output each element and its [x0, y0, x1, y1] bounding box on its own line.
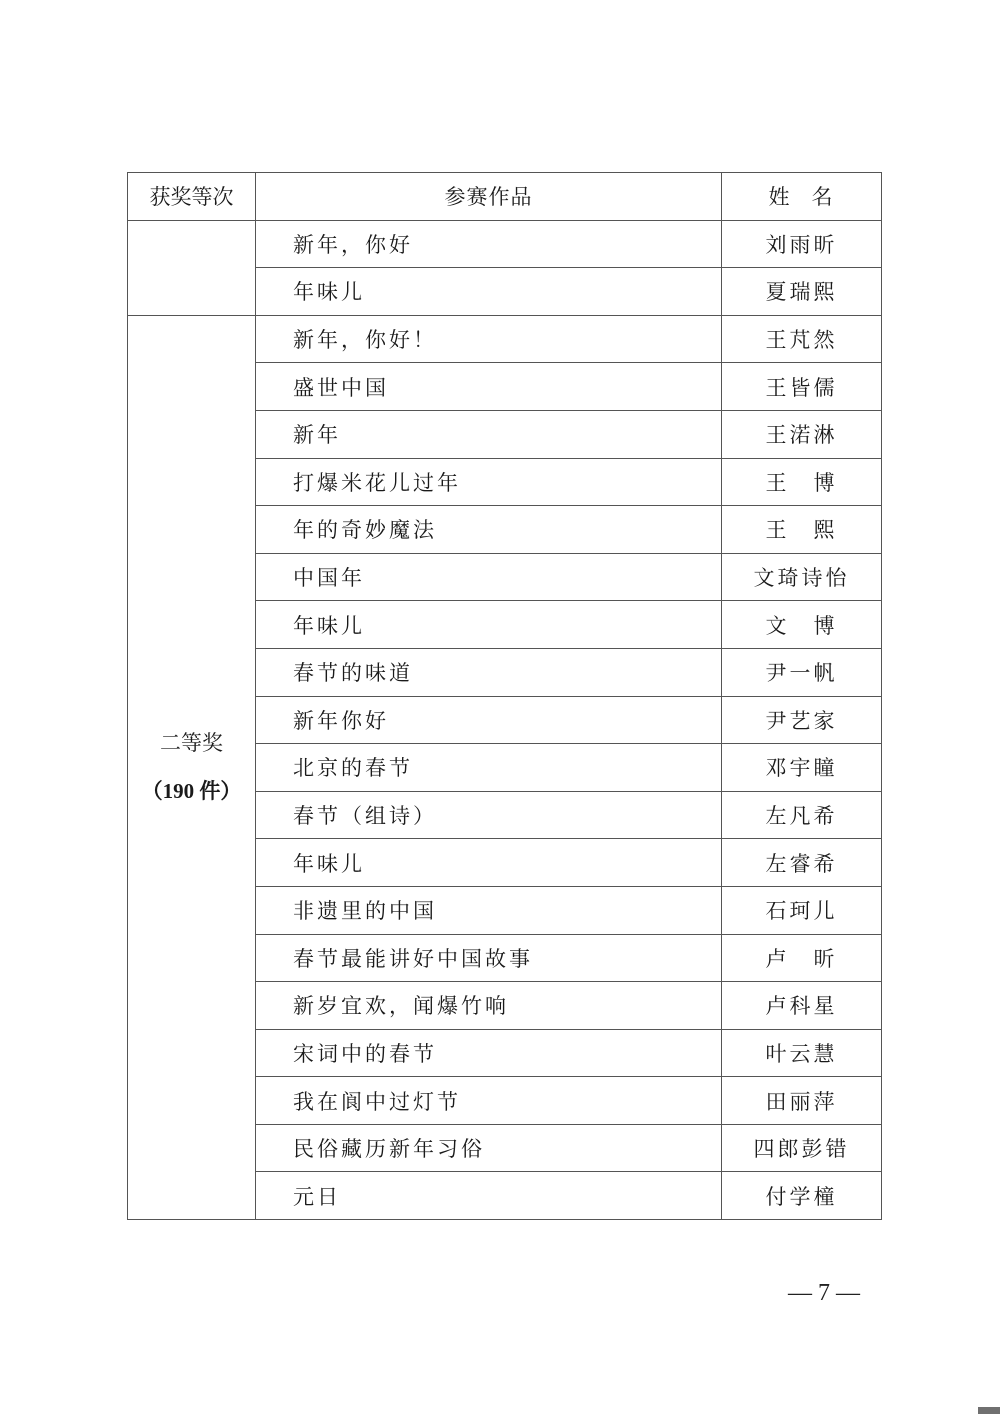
work-cell: 春节最能讲好中国故事 — [256, 934, 722, 982]
work-cell: 非遗里的中国 — [256, 886, 722, 934]
name-cell: 卢 昕 — [722, 934, 882, 982]
awards-table: 获奖等次 参赛作品 姓名 新年，你好 刘雨昕 年味儿 夏瑞熙 二等奖 （190 … — [127, 172, 882, 1220]
work-cell: 新年你好 — [256, 696, 722, 744]
work-cell: 新岁宜欢，闻爆竹响 — [256, 982, 722, 1030]
name-cell: 王 博 — [722, 458, 882, 506]
name-cell: 石珂儿 — [722, 886, 882, 934]
work-cell: 年的奇妙魔法 — [256, 506, 722, 554]
header-rank: 获奖等次 — [128, 173, 256, 221]
name-cell: 田丽萍 — [722, 1077, 882, 1125]
name-cell: 王 熙 — [722, 506, 882, 554]
name-cell: 王渃淋 — [722, 410, 882, 458]
name-cell: 文琦诗怡 — [722, 553, 882, 601]
name-cell: 叶云慧 — [722, 1029, 882, 1077]
table-header-row: 获奖等次 参赛作品 姓名 — [128, 173, 882, 221]
table-row: 二等奖 （190 件） 新年，你好！ 王芃然 — [128, 315, 882, 363]
document-page: 获奖等次 参赛作品 姓名 新年，你好 刘雨昕 年味儿 夏瑞熙 二等奖 （190 … — [0, 0, 1000, 1414]
name-cell: 四郎彭错 — [722, 1124, 882, 1172]
work-cell: 春节（组诗） — [256, 791, 722, 839]
work-cell: 新年，你好 — [256, 220, 722, 268]
header-work: 参赛作品 — [256, 173, 722, 221]
name-cell: 左凡希 — [722, 791, 882, 839]
work-cell: 盛世中国 — [256, 363, 722, 411]
name-cell: 左睿希 — [722, 839, 882, 887]
work-cell: 新年 — [256, 410, 722, 458]
work-cell: 元日 — [256, 1172, 722, 1220]
work-cell: 年味儿 — [256, 601, 722, 649]
work-cell: 春节的味道 — [256, 648, 722, 696]
work-cell: 打爆米花儿过年 — [256, 458, 722, 506]
name-cell: 卢科星 — [722, 982, 882, 1030]
work-cell: 年味儿 — [256, 268, 722, 316]
name-cell: 尹一帆 — [722, 648, 882, 696]
work-cell: 宋词中的春节 — [256, 1029, 722, 1077]
scroll-indicator[interactable] — [978, 1407, 1000, 1414]
work-cell: 中国年 — [256, 553, 722, 601]
rank-count: （190 件） — [128, 767, 255, 815]
name-cell: 王芃然 — [722, 315, 882, 363]
header-name: 姓名 — [722, 173, 882, 221]
rank-cell-continued — [128, 220, 256, 315]
name-cell: 夏瑞熙 — [722, 268, 882, 316]
work-cell: 新年，你好！ — [256, 315, 722, 363]
rank-label: 二等奖 — [128, 719, 255, 767]
work-cell: 北京的春节 — [256, 744, 722, 792]
name-cell: 刘雨昕 — [722, 220, 882, 268]
name-cell: 尹艺家 — [722, 696, 882, 744]
table-row: 新年，你好 刘雨昕 — [128, 220, 882, 268]
name-cell: 文 博 — [722, 601, 882, 649]
name-cell: 王皆儒 — [722, 363, 882, 411]
name-cell: 付学橦 — [722, 1172, 882, 1220]
page-number: — 7 — — [788, 1280, 860, 1307]
work-cell: 我在阆中过灯节 — [256, 1077, 722, 1125]
work-cell: 民俗藏历新年习俗 — [256, 1124, 722, 1172]
work-cell: 年味儿 — [256, 839, 722, 887]
name-cell: 邓宇瞳 — [722, 744, 882, 792]
rank-cell-second-prize: 二等奖 （190 件） — [128, 315, 256, 1219]
